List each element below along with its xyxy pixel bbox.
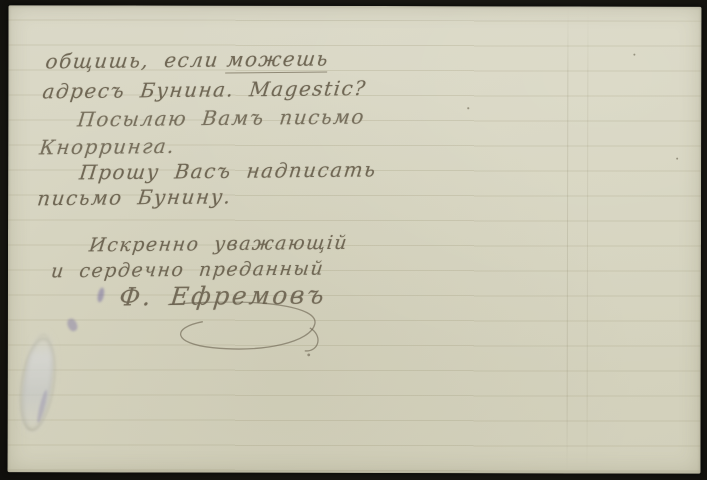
dust-speck [676, 158, 678, 160]
signature-flourish [113, 301, 343, 359]
line-1-underlined-word: можешь [225, 46, 330, 73]
dust-speck [467, 107, 469, 109]
handwritten-line-3: Посылаю Вамъ письмо [76, 104, 366, 131]
closing-line-1: Искренно уважающій [88, 232, 349, 257]
handwritten-line-6: письмо Бунину. [36, 184, 233, 210]
handwritten-line-5: Прошу Васъ надписать [78, 157, 378, 184]
handwritten-line-2: адресъ Бунина. Magestic? [41, 76, 368, 103]
scan-background: { "scan": { "background_color": "#171510… [0, 0, 707, 480]
dust-speck [633, 54, 635, 56]
line-1-text: общишь, если [44, 48, 220, 74]
handwritten-line-1: общишь, еслиможешь [44, 46, 330, 73]
closing-line-2: и сердечно преданный [50, 258, 326, 283]
letter-page: общишь, еслиможешь адресъ Бунина. Magest… [8, 5, 702, 473]
handwritten-line-4: Кнорринга. [38, 134, 176, 159]
